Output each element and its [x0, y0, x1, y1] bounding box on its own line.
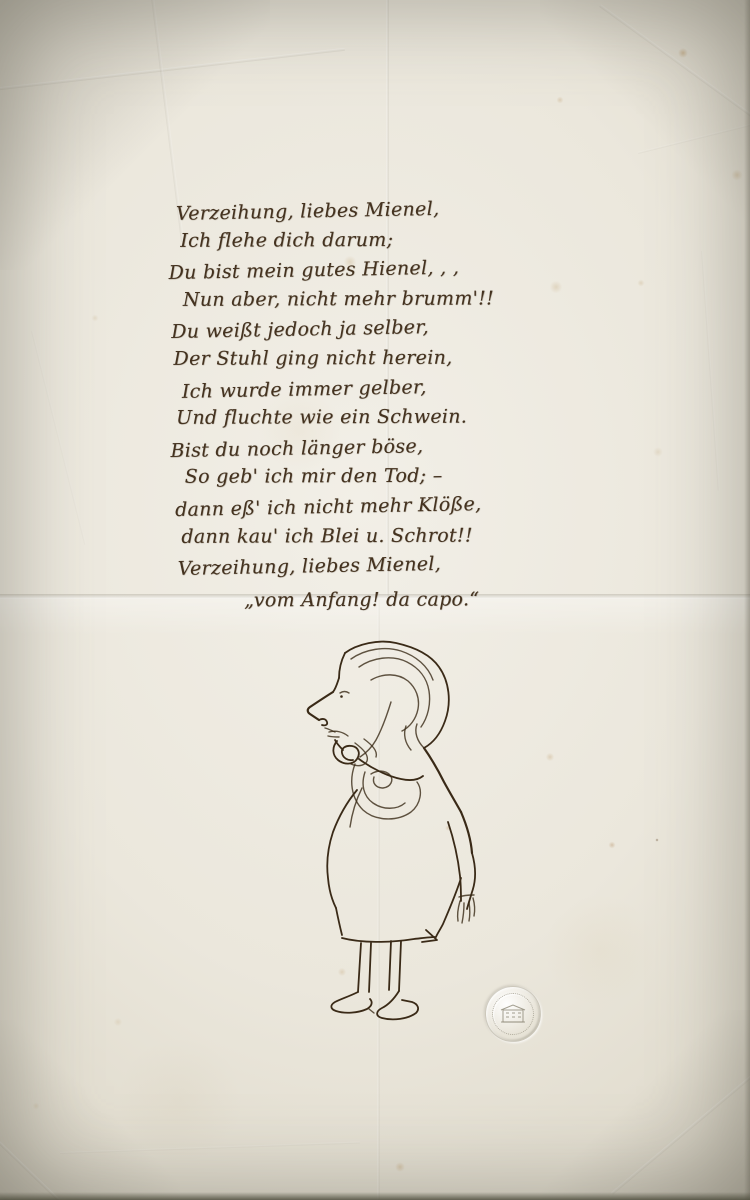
building-emblem-icon — [499, 1003, 527, 1025]
poem-line: dann eß' ich nicht mehr Klöße, — [175, 488, 591, 526]
wrinkle-left — [31, 331, 86, 545]
caricature-hair — [339, 642, 449, 750]
poem-line: Du bist mein gutes Hienel, , , — [168, 251, 588, 289]
caricature-body — [327, 748, 475, 942]
corner-shadow-bottom-right — [540, 1010, 750, 1200]
poem-line: „vom Anfang! da capo.“ — [244, 585, 592, 616]
poem-text: Verzeihung, liebes Mienel, Ich flehe dic… — [168, 194, 592, 618]
embossed-archive-seal — [485, 986, 541, 1042]
manuscript-page: Verzeihung, liebes Mienel, Ich flehe dic… — [0, 0, 750, 1200]
poem-line: Du weißt jedoch ja selber, — [171, 310, 589, 348]
caricature-cravat — [352, 759, 423, 819]
corner-shadow-bottom-left — [0, 1020, 180, 1200]
poem-line: Der Stuhl ging nicht herein, — [173, 343, 589, 374]
wrinkle-right — [701, 251, 720, 491]
poem-line: Verzeihung, liebes Mienel, — [177, 547, 591, 585]
poem-line: Verzeihung, liebes Mienel, — [176, 192, 588, 229]
caricature-beard — [329, 702, 391, 766]
caricature-legs-shoes — [331, 941, 418, 1019]
scan-edge-bottom — [0, 1192, 750, 1200]
poem-line: So geb' ich mir den Tod; – — [185, 461, 591, 492]
scan-edge-right — [744, 0, 750, 1200]
caricature-face — [308, 678, 349, 750]
ink-caricature-man-profile — [295, 640, 490, 1030]
poem-line: Und fluchte wie ein Schwein. — [176, 402, 590, 433]
